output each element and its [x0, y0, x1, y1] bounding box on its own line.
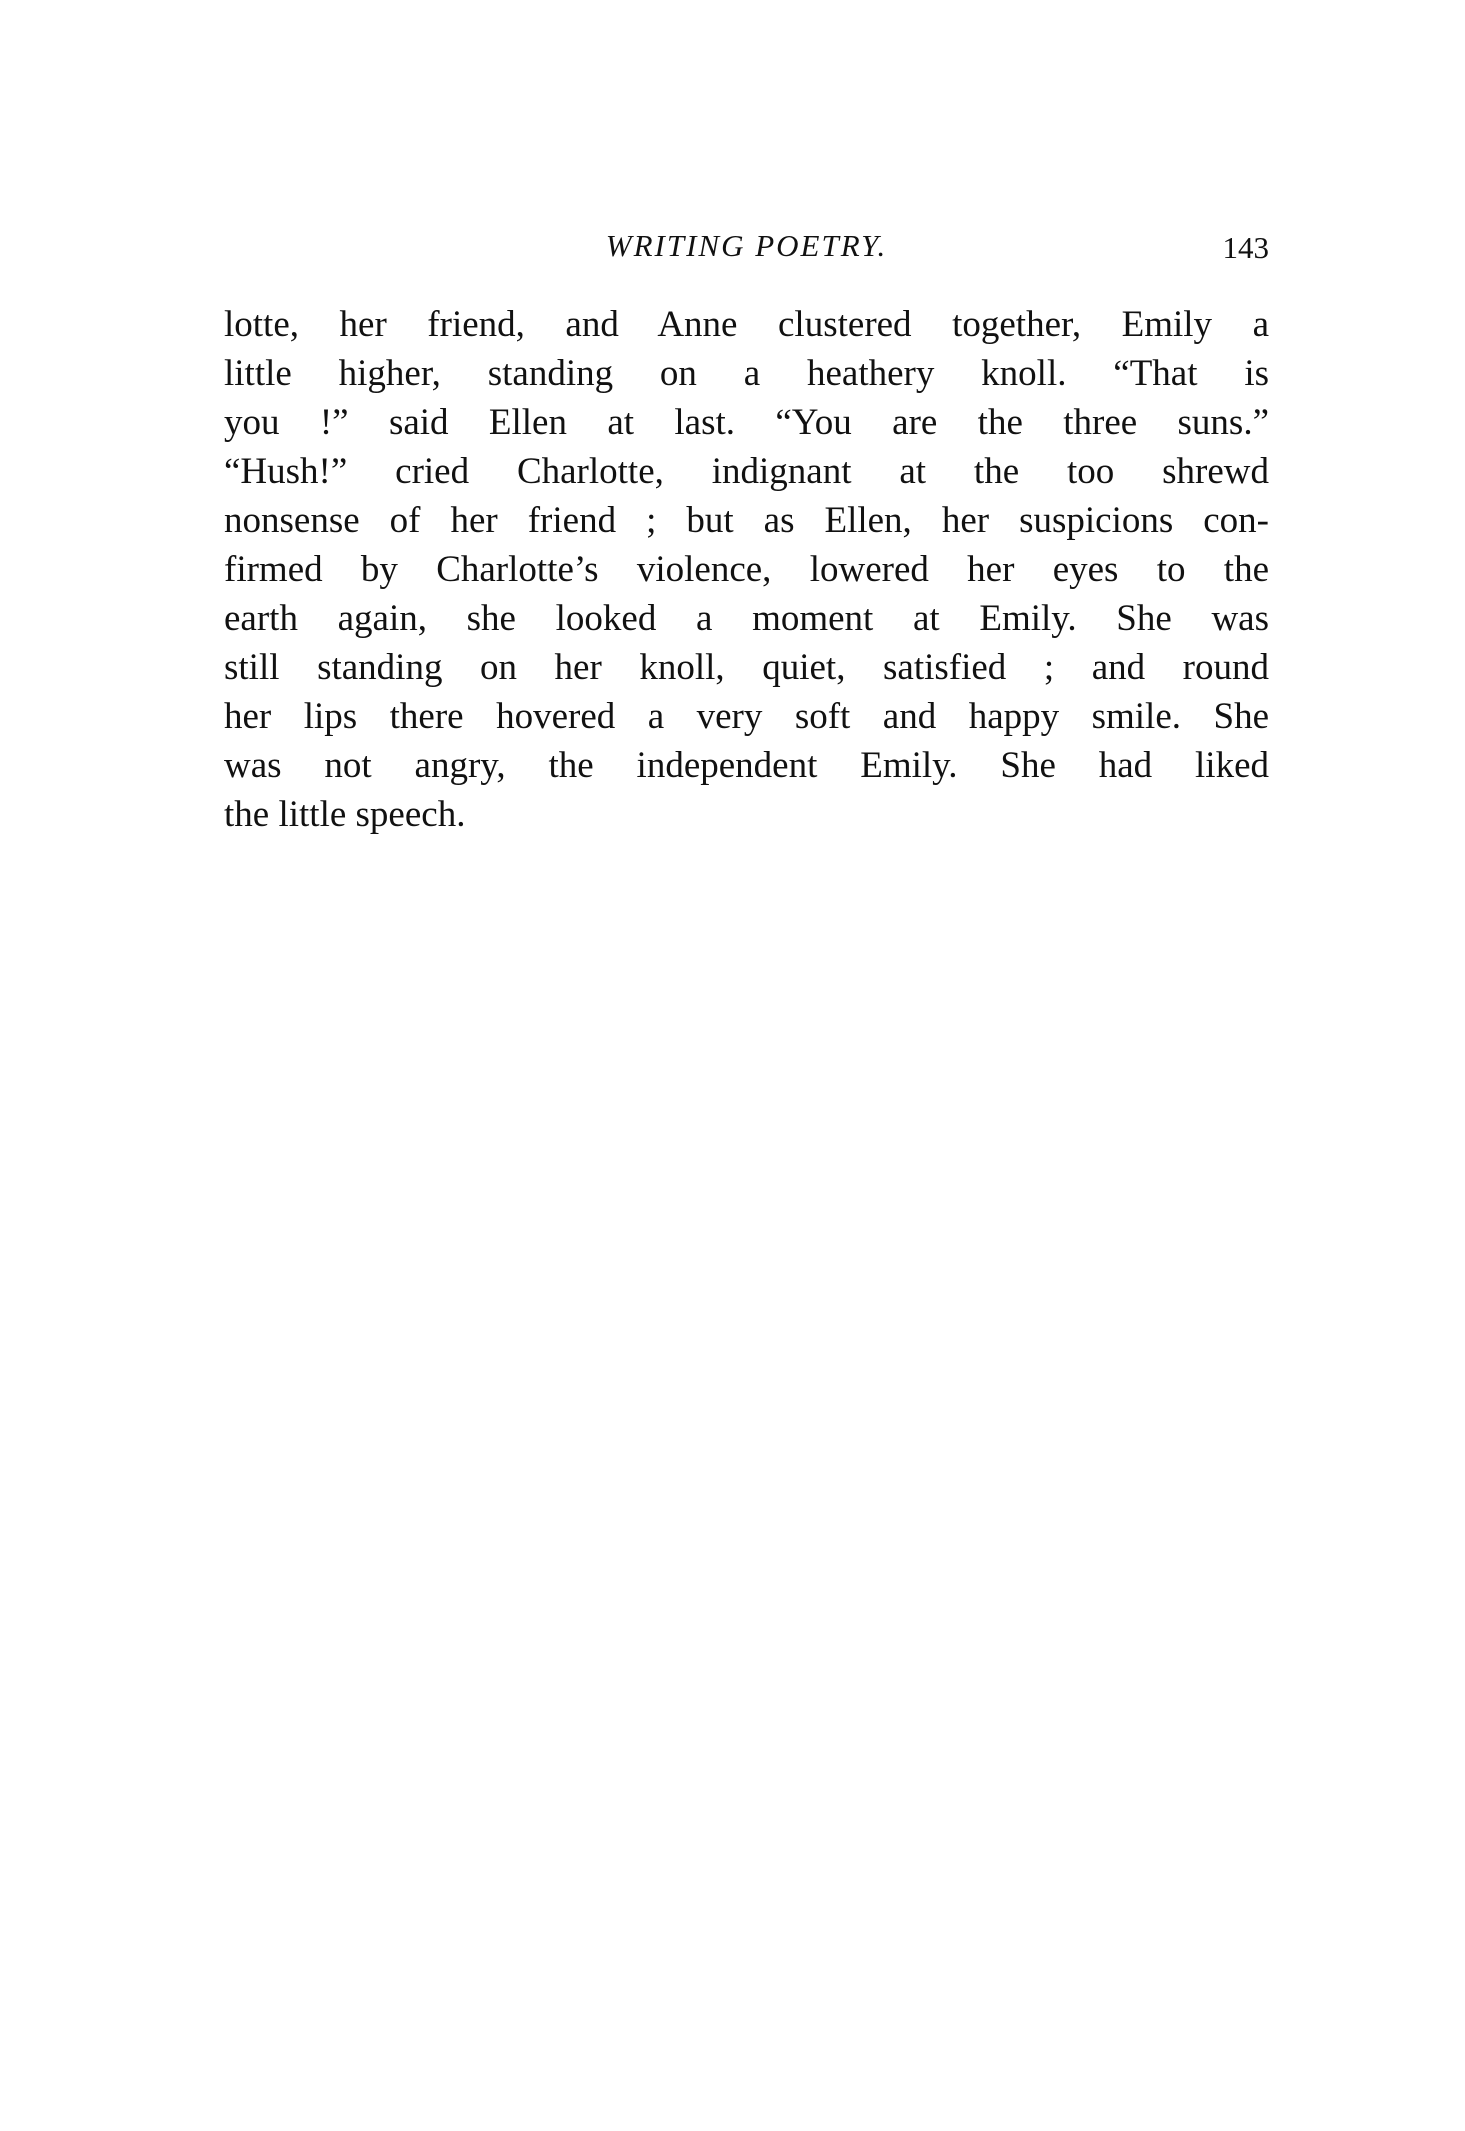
text-line: firmed by Charlotte’s violence, lowered … — [224, 545, 1269, 594]
body-paragraph: lotte, her friend, and Anne clustered to… — [224, 300, 1269, 839]
text-line: nonsense of her friend ; but as Ellen, h… — [224, 496, 1269, 545]
text-line: her lips there hovered a very soft and h… — [224, 692, 1269, 741]
text-line: you !” said Ellen at last. “You are the … — [224, 398, 1269, 447]
page-number: 143 — [1223, 230, 1270, 266]
page-header: WRITING POETRY. 143 — [224, 228, 1269, 278]
running-title: WRITING POETRY. — [224, 228, 1269, 264]
text-line: the little speech. — [224, 790, 1269, 839]
text-line: earth again, she looked a moment at Emil… — [224, 594, 1269, 643]
text-line: “Hush!” cried Charlotte, indignant at th… — [224, 447, 1269, 496]
text-line: was not angry, the independent Emily. Sh… — [224, 741, 1269, 790]
text-line: still standing on her knoll, quiet, sati… — [224, 643, 1269, 692]
text-line: lotte, her friend, and Anne clustered to… — [224, 300, 1269, 349]
text-line: little higher, standing on a heathery kn… — [224, 349, 1269, 398]
